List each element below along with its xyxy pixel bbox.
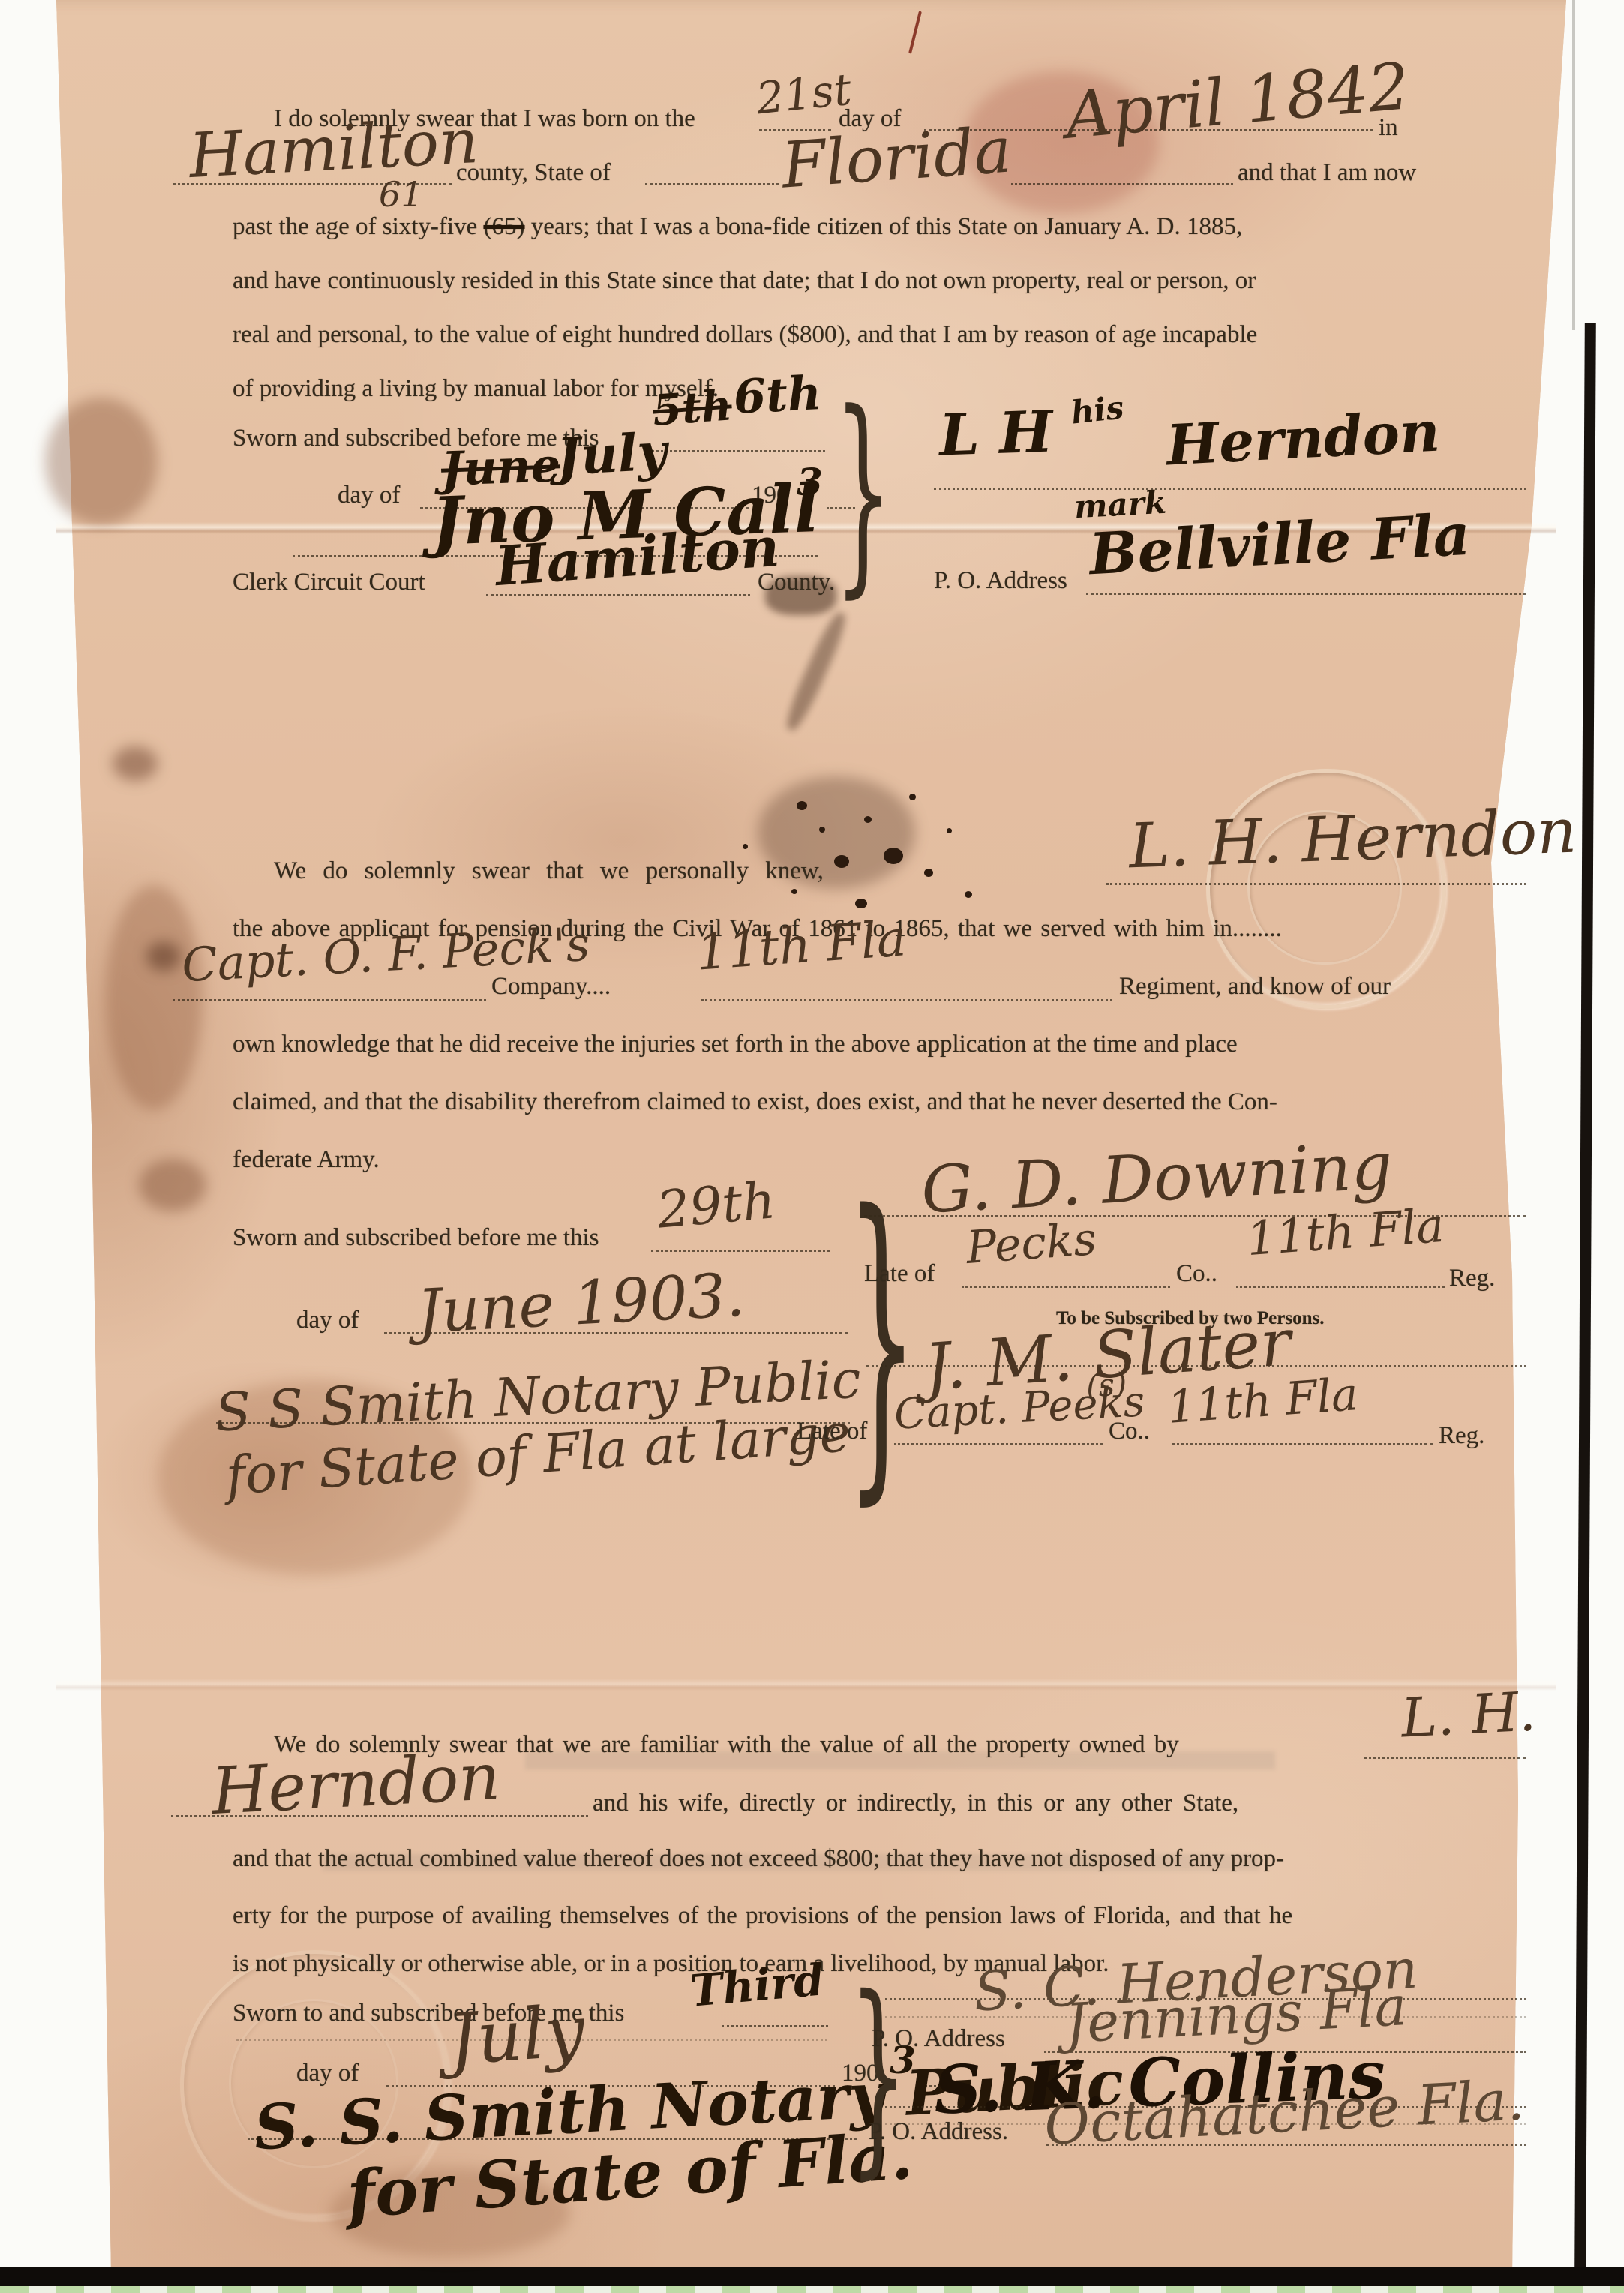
stain	[45, 398, 158, 525]
dotted-leader	[894, 1443, 1103, 1445]
oath2-line1: We do solemnly swear that we personally …	[274, 857, 824, 885]
dotted-leader	[701, 999, 1112, 1001]
jurat2-lateof2: Late of	[797, 1418, 867, 1445]
struck-printed-age: (65)	[483, 213, 524, 240]
hw-jurat2-day: 29th	[655, 1175, 777, 1236]
ink-speck	[924, 869, 933, 877]
oath2-line5: claimed, and that the disability therefr…	[233, 1088, 1277, 1116]
dotted-leader	[648, 450, 825, 452]
oath3-line4: erty for the purpose of availing themsel…	[233, 1902, 1292, 1930]
jurat2-reg2: Reg.	[1439, 1422, 1484, 1450]
oath1-line4: and have continuously resided in this St…	[233, 267, 1256, 295]
oath3-line3: and that the actual combined value there…	[233, 1845, 1284, 1873]
dotted-leader	[1011, 183, 1233, 185]
oath1-line2-end: and that I am now	[1238, 159, 1416, 187]
hw-jurat3-day: Third	[689, 1958, 826, 2012]
dotted-leader	[1086, 593, 1526, 595]
ink-speck	[743, 844, 748, 849]
dotted-leader	[645, 183, 779, 185]
stain	[113, 746, 158, 781]
jurat2-lateof1: Late of	[864, 1260, 935, 1288]
dotted-leader	[722, 2025, 828, 2027]
ink-speck	[834, 855, 849, 868]
jurat2-reg1: Reg.	[1449, 1265, 1495, 1292]
ink-speck	[791, 889, 797, 894]
oath1-line3: past the age of sixty-five (65) years; t…	[233, 213, 1242, 241]
hw-age-correction: 61	[379, 177, 423, 212]
jurat3-dayof: day of	[296, 2060, 359, 2087]
hw-witness2-regiment: 11th Fla	[1166, 1372, 1359, 1430]
dotted-leader	[1236, 1286, 1445, 1288]
hw-county: Hamilton	[188, 111, 480, 188]
ink-speck	[884, 848, 903, 864]
hw-owner-surname: Herndon	[210, 1745, 502, 1824]
ink-speck	[797, 801, 807, 810]
scanner-bottom-band	[0, 2286, 1624, 2293]
oath1-line6: of providing a living by manual labor fo…	[233, 375, 719, 403]
hw-applicant-initials: L H	[938, 403, 1054, 464]
stain	[139, 1159, 206, 1211]
dotted-leader	[1172, 1443, 1433, 1445]
hw-day: 6th	[732, 370, 822, 421]
brace: }	[846, 1175, 917, 1507]
stain	[105, 885, 203, 1110]
dotted-leader	[1364, 1757, 1526, 1759]
ink-speck	[864, 816, 872, 823]
stain	[146, 941, 181, 971]
jurat1-clerk-label: Clerk Circuit Court	[233, 569, 425, 596]
jurat2-dayof: day of	[296, 1307, 359, 1334]
jurat2-sworn: Sworn and subscribed before me this	[233, 1224, 599, 1252]
scanned-pension-affidavit: I do solemnly swear that I was born on t…	[0, 0, 1624, 2293]
ink-speck	[855, 899, 867, 908]
dotted-leader	[651, 1250, 830, 1252]
oath2-line6: federate Army.	[233, 1146, 380, 1174]
hw-owner-initials: L. H.	[1400, 1684, 1537, 1745]
signature-line	[934, 488, 1526, 490]
hw-witnessed-name: L. H. Herndon	[1128, 801, 1577, 878]
jurat1-po-label: P. O. Address	[934, 567, 1067, 595]
jurat1-dayof: day of	[338, 482, 400, 509]
hw-jurat2-date: June 1903.	[416, 1265, 746, 1343]
oath3-line2: and his wife, directly or indirectly, in…	[593, 1790, 1238, 1817]
dotted-leader	[173, 999, 486, 1001]
oath1-line5: real and personal, to the value of eight…	[233, 321, 1257, 349]
oath1-line1-in: in	[1379, 114, 1398, 142]
ink-speck	[965, 891, 972, 898]
hw-his: his	[1070, 392, 1125, 428]
dotted-leader	[962, 1286, 1170, 1288]
hw-jurat3-month: July	[446, 1997, 587, 2076]
oath2-line4: own knowledge that he did receive the in…	[233, 1031, 1238, 1058]
hw-witness1-regiment: 11th Fla	[1245, 1202, 1445, 1262]
jurat2-co1: Co..	[1176, 1260, 1217, 1288]
oath2-company-label: Company....	[491, 973, 611, 1001]
fold-crease	[56, 1679, 1556, 1691]
brace: }	[834, 384, 893, 599]
oath1-line2-text: county, State of	[456, 159, 611, 187]
hw-witness2-company-suffix: (s)	[1085, 1369, 1127, 1403]
jurat2-co2: Co..	[1109, 1418, 1150, 1445]
hw-witness1-company: Pecks	[965, 1217, 1098, 1271]
scanner-bottom-strip	[0, 2267, 1624, 2286]
jurat1-county-label: County.	[758, 569, 835, 596]
jurat3-po-label2: P. O. Address.	[869, 2118, 1008, 2146]
oath1-line3-b: years; that I was a bona-fide citizen of…	[524, 213, 1242, 240]
dotted-leader	[1106, 883, 1526, 885]
hw-regiment-number: 11th Fla	[695, 914, 908, 977]
brace: }	[849, 1970, 908, 2180]
hw-applicant-surname: Herndon	[1165, 404, 1441, 474]
scanner-edge-line-top	[1572, 0, 1575, 330]
scanner-edge-line	[1574, 323, 1596, 2273]
ink-speck	[947, 828, 952, 833]
hw-state: Florida	[779, 118, 1013, 197]
oath1-line3-a: past the age of sixty-five	[233, 213, 483, 240]
ink-speck	[909, 794, 916, 800]
oath2-line3-end: Regiment, and know of our	[1119, 973, 1391, 1001]
ink-speck	[819, 827, 825, 833]
